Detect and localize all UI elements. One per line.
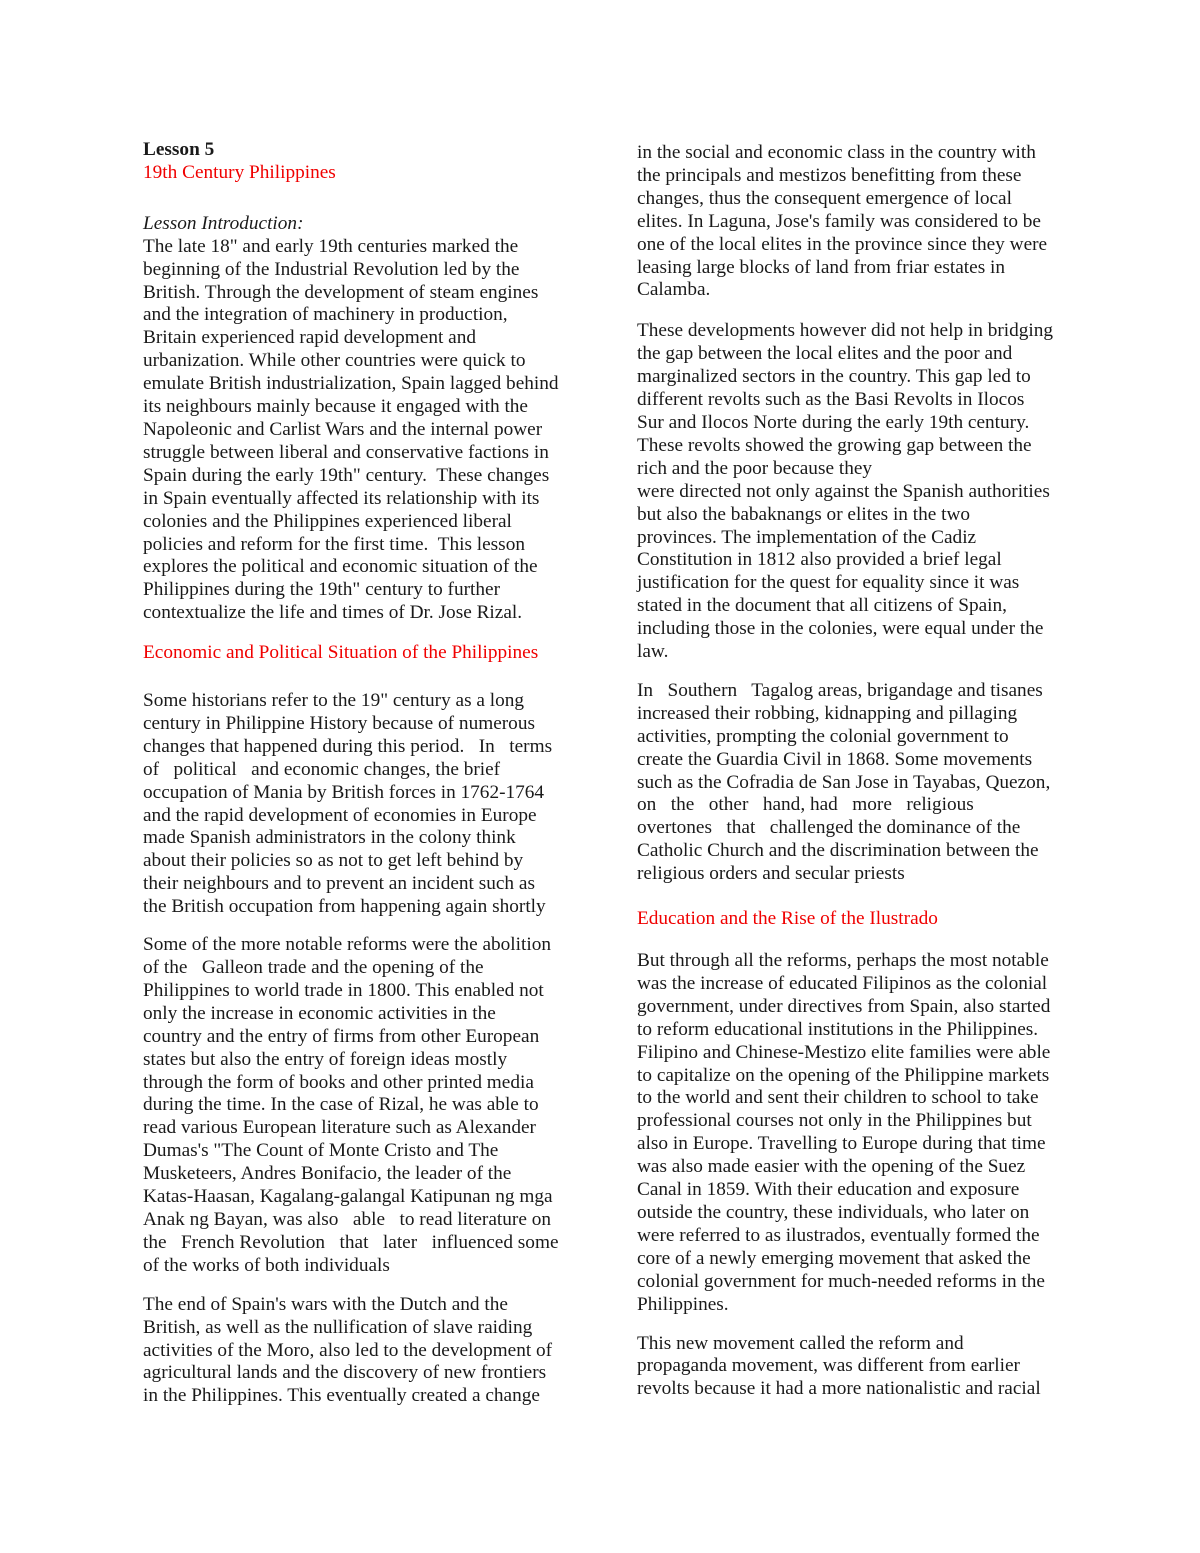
- paragraph-notable-reforms: Some of the more notable reforms were th…: [143, 934, 603, 1278]
- paragraph-end-of-wars: The end of Spain's wars with the Dutch a…: [143, 1294, 603, 1409]
- paragraph-reform-propaganda-movement: This new movement called the reform and …: [637, 1333, 1097, 1402]
- paragraph-social-economic-class: in the social and economic class in the …: [637, 142, 1097, 302]
- paragraph-southern-tagalog: In Southern Tagalog areas, brigandage an…: [637, 680, 1097, 886]
- section-heading-education-ilustrado: Education and the Rise of the Ilustrado: [637, 908, 1097, 931]
- paragraph-lesson-introduction: The late 18" and early 19th centuries ma…: [143, 236, 603, 625]
- section-heading-economic-political-situation: Economic and Political Situation of the …: [143, 642, 603, 665]
- paragraph-educated-filipinos: But through all the reforms, perhaps the…: [637, 950, 1097, 1317]
- lesson-number-heading: Lesson 5: [143, 139, 603, 162]
- paragraph-long-century: Some historians refer to the 19" century…: [143, 690, 603, 919]
- right-column: in the social and economic class in the …: [637, 142, 1097, 1401]
- document-page: Lesson 5 19th Century Philippines Lesson…: [0, 0, 1200, 1553]
- lesson-introduction-label: Lesson Introduction:: [143, 213, 603, 236]
- lesson-title-heading: 19th Century Philippines: [143, 162, 603, 185]
- left-column: Lesson 5 19th Century Philippines Lesson…: [143, 139, 603, 1408]
- paragraph-revolts-gap: These developments however did not help …: [637, 320, 1097, 664]
